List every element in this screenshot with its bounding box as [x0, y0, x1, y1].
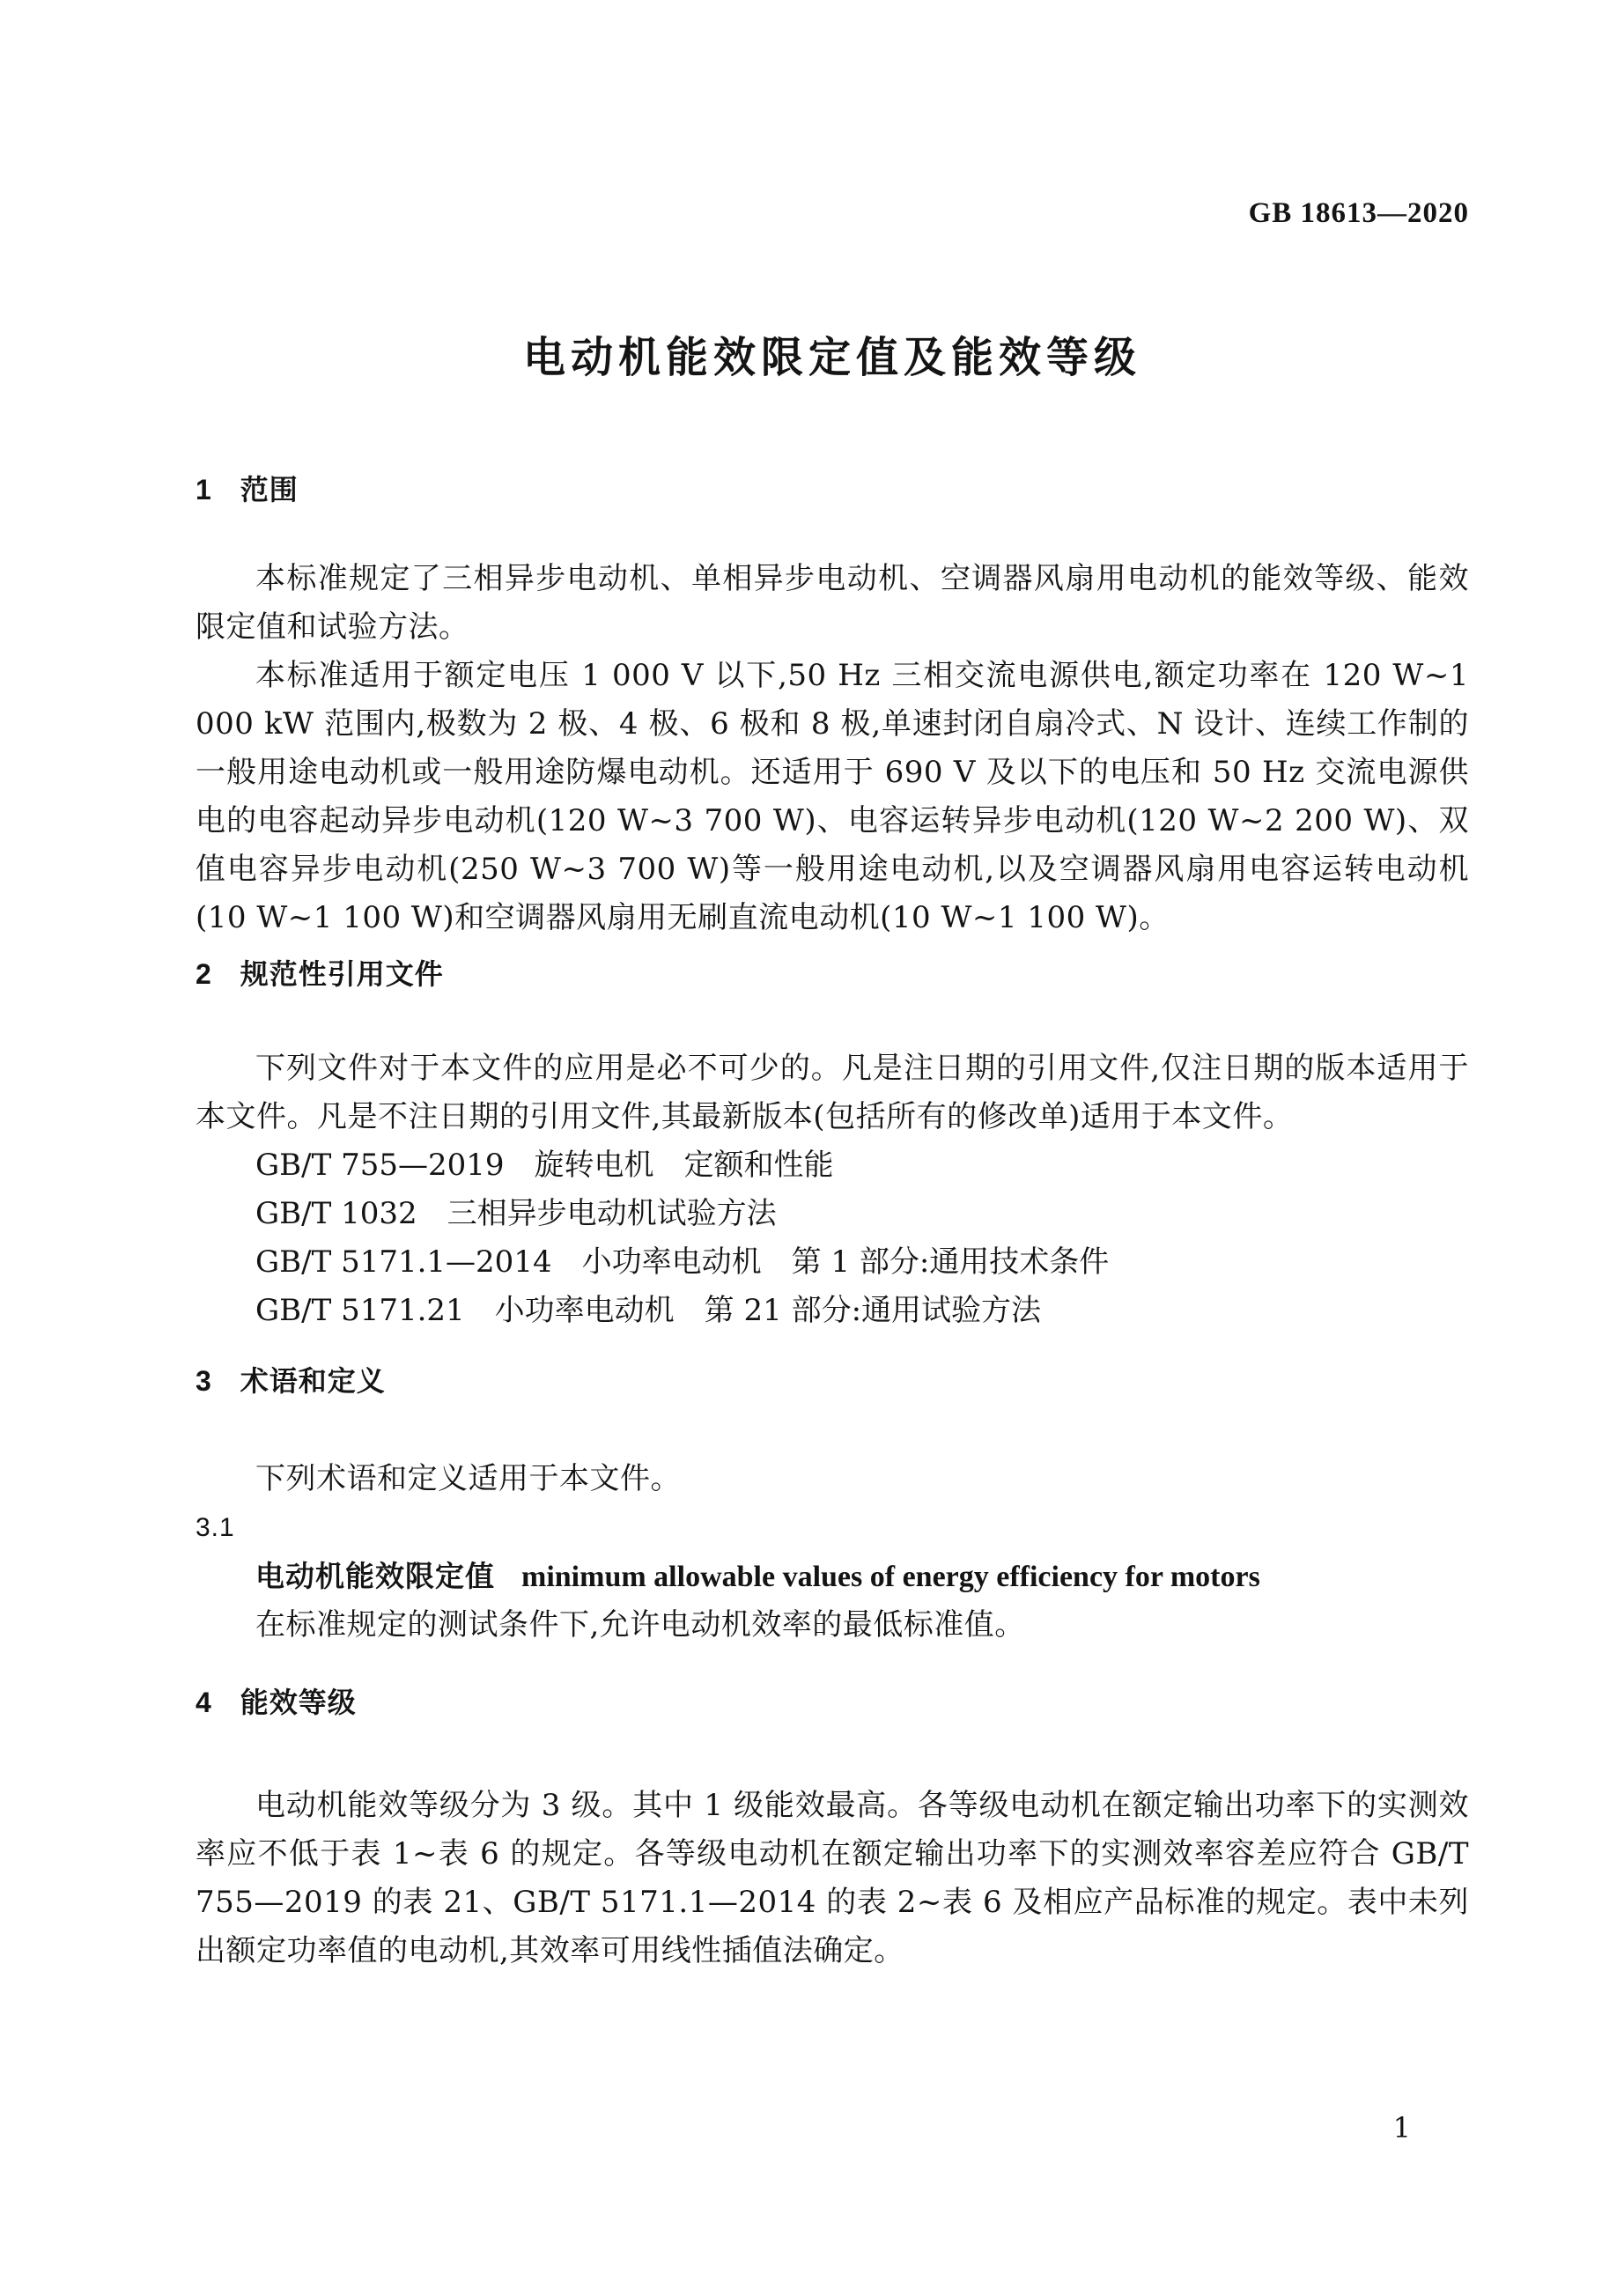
section-1-heading: 1范围: [196, 472, 1469, 507]
section-3-heading: 3术语和定义: [196, 1363, 1469, 1399]
section-2-paragraph-1: 下列文件对于本文件的应用是必不可少的。凡是注日期的引用文件,仅注日期的版本适用于…: [196, 1045, 1469, 1141]
section-4-paragraph-1: 电动机能效等级分为 3 级。其中 1 级能效最高。各等级电动机在额定输出功率下的…: [196, 1782, 1469, 1975]
term-definition-line: 电动机能效限定值minimum allowable values of ener…: [196, 1552, 1469, 1601]
section-1-paragraph-1: 本标准规定了三相异步电动机、单相异步电动机、空调器风扇用电动机的能效等级、能效限…: [196, 555, 1469, 652]
page-number: 1: [1393, 2110, 1411, 2145]
standard-document-page: GB 18613—2020 电动机能效限定值及能效等级 1范围 本标准规定了三相…: [0, 0, 1624, 2296]
section-2-number: 2: [196, 956, 212, 992]
normative-reference: GB/T 1032 三相异步电动机试验方法: [196, 1190, 1469, 1238]
term-chinese: 电动机能效限定值: [255, 1560, 495, 1592]
section-2-heading-text: 规范性引用文件: [240, 958, 444, 990]
document-title: 电动机能效限定值及能效等级: [196, 333, 1469, 384]
clause-number: 3.1: [196, 1503, 1469, 1552]
section-3-heading-text: 术语和定义: [240, 1365, 386, 1397]
term-english: minimum allowable values of energy effic…: [521, 1561, 1260, 1593]
section-4-heading-text: 能效等级: [240, 1687, 357, 1718]
normative-reference: GB/T 755—2019 旋转电机 定额和性能: [196, 1141, 1469, 1190]
standard-code: GB 18613—2020: [196, 197, 1469, 229]
section-4-heading: 4能效等级: [196, 1685, 1469, 1720]
section-3-paragraph-1: 下列术语和定义适用于本文件。: [196, 1455, 1469, 1503]
section-1-heading-text: 范围: [240, 474, 299, 506]
section-2-heading: 2规范性引用文件: [196, 956, 1469, 992]
term-definition-text: 在标准规定的测试条件下,允许电动机效率的最低标准值。: [196, 1601, 1469, 1650]
section-4-number: 4: [196, 1685, 212, 1720]
normative-reference: GB/T 5171.21 小功率电动机 第 21 部分:通用试验方法: [196, 1287, 1469, 1335]
section-1-number: 1: [196, 472, 212, 507]
section-1-paragraph-2: 本标准适用于额定电压 1 000 V 以下,50 Hz 三相交流电源供电,额定功…: [196, 652, 1469, 942]
section-3-number: 3: [196, 1363, 212, 1399]
normative-reference: GB/T 5171.1—2014 小功率电动机 第 1 部分:通用技术条件: [196, 1238, 1469, 1287]
